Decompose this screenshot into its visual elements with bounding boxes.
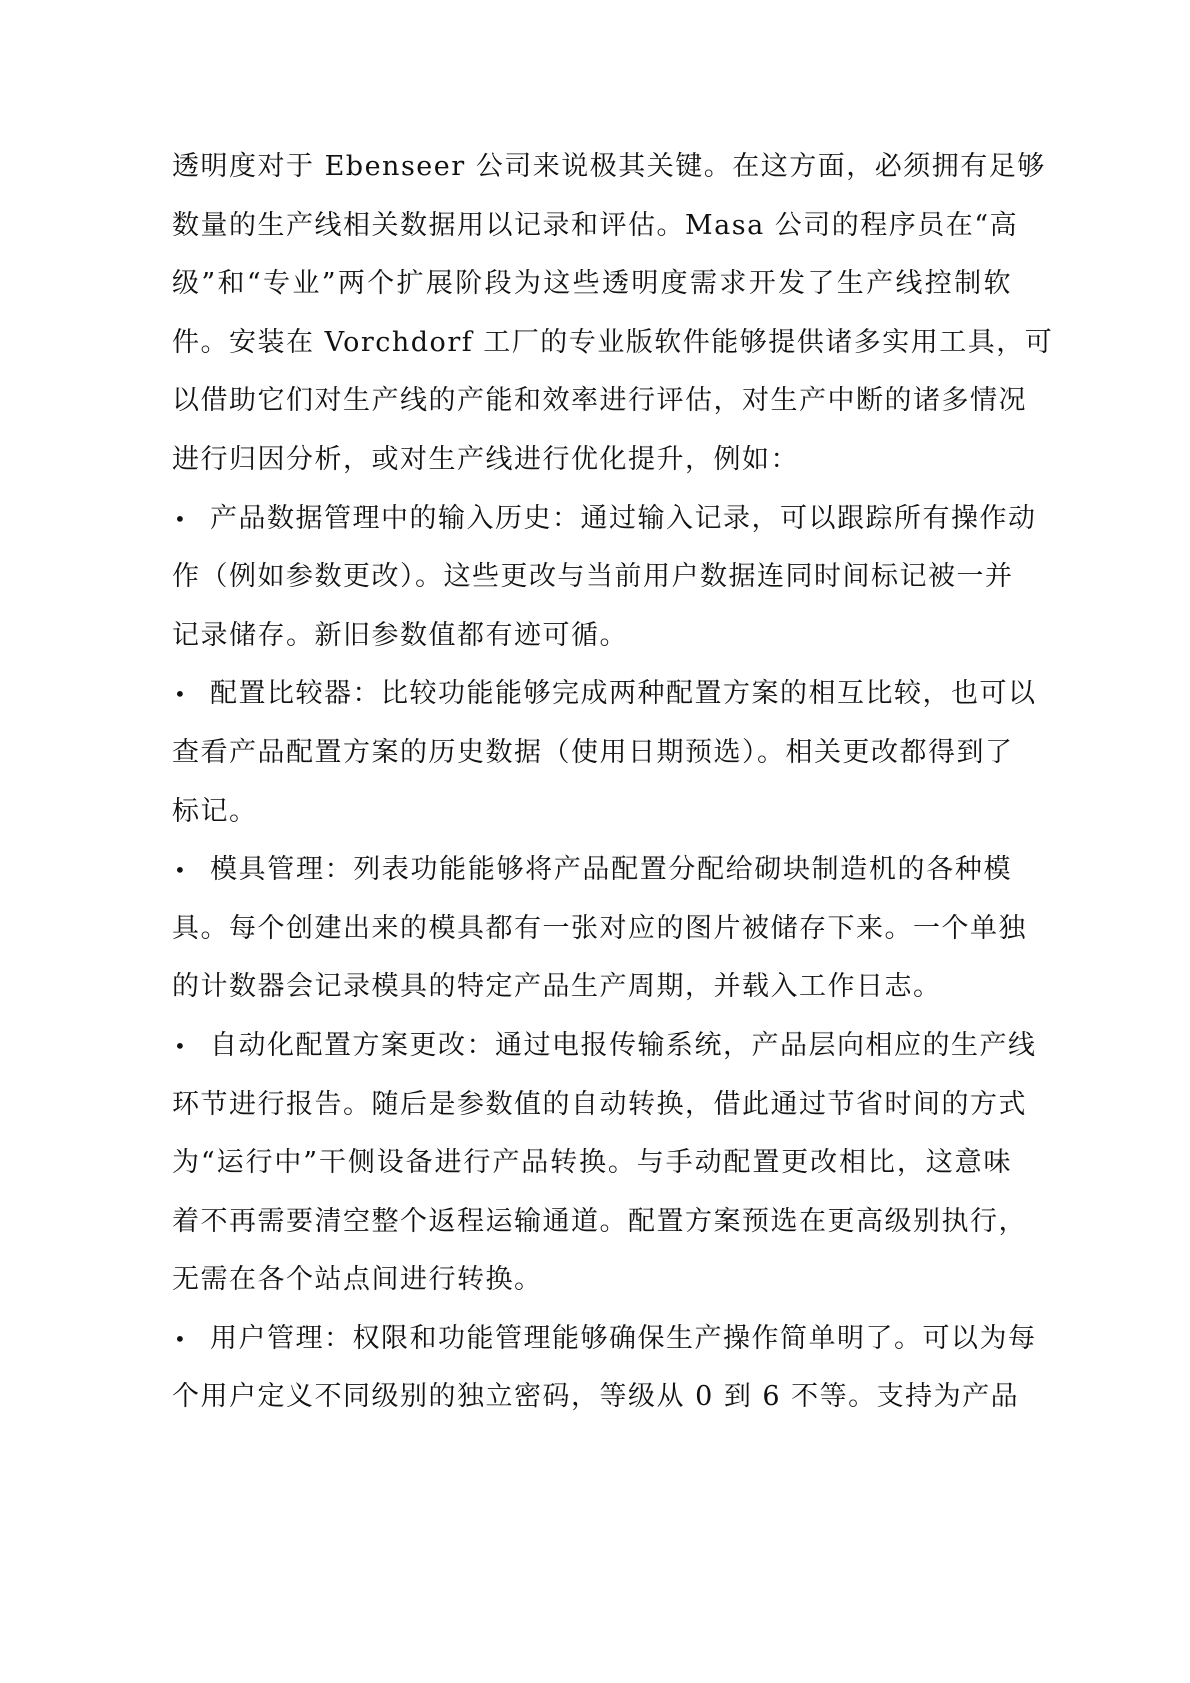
text-line: 环节进行报告。随后是参数值的自动转换，借此通过节省时间的方式 — [172, 1076, 1012, 1135]
bullet-icon: • — [172, 490, 210, 549]
text-line: 件。安装在 Vorchdorf 工厂的专业版软件能够提供诸多实用工具，可 — [172, 314, 1012, 373]
text-line: 无需在各个站点间进行转换。 — [172, 1251, 1012, 1310]
bullet-icon: • — [172, 1310, 210, 1369]
bullet-first-line: 产品数据管理中的输入历史：通过输入记录，可以跟踪所有操作动 — [210, 490, 1037, 549]
bullet-item-input-history: • 产品数据管理中的输入历史：通过输入记录，可以跟踪所有操作动 作（例如参数更改… — [172, 490, 1012, 666]
text-line: 个用户定义不同级别的独立密码，等级从 0 到 6 不等。支持为产品 — [172, 1368, 1012, 1427]
text-line: 以借助它们对生产线的产能和效率进行评估，对生产中断的诸多情况 — [172, 372, 1012, 431]
text-line: 着不再需要清空整个返程运输通道。配置方案预选在更高级别执行， — [172, 1193, 1012, 1252]
bullet-icon: • — [172, 1017, 210, 1076]
text-line: 透明度对于 Ebenseer 公司来说极其关键。在这方面，必须拥有足够 — [172, 138, 1012, 197]
text-line: 级”和“专业”两个扩展阶段为这些透明度需求开发了生产线控制软 — [172, 255, 1012, 314]
intro-paragraph: 透明度对于 Ebenseer 公司来说极其关键。在这方面，必须拥有足够 数量的生… — [172, 138, 1012, 490]
text-line: 数量的生产线相关数据用以记录和评估。Masa 公司的程序员在“高 — [172, 197, 1012, 256]
text-line: 标记。 — [172, 783, 1012, 842]
bullet-first-line: 模具管理：列表功能能够将产品配置分配给砌块制造机的各种模 — [210, 841, 1012, 900]
text-line: 查看产品配置方案的历史数据（使用日期预选）。相关更改都得到了 — [172, 724, 1012, 783]
document-page: 透明度对于 Ebenseer 公司来说极其关键。在这方面，必须拥有足够 数量的生… — [172, 138, 1012, 1427]
bullet-first-line: 配置比较器：比较功能能够完成两种配置方案的相互比较，也可以 — [210, 665, 1037, 724]
text-line: 具。每个创建出来的模具都有一张对应的图片被储存下来。一个单独 — [172, 900, 1012, 959]
bullet-first-line: 自动化配置方案更改：通过电报传输系统，产品层向相应的生产线 — [210, 1017, 1037, 1076]
bullet-item-automated-config-change: • 自动化配置方案更改：通过电报传输系统，产品层向相应的生产线 环节进行报告。随… — [172, 1017, 1012, 1310]
bullet-item-user-management: • 用户管理：权限和功能管理能够确保生产操作简单明了。可以为每 个用户定义不同级… — [172, 1310, 1012, 1427]
text-line: 记录储存。新旧参数值都有迹可循。 — [172, 607, 1012, 666]
text-line: 作（例如参数更改）。这些更改与当前用户数据连同时间标记被一并 — [172, 548, 1012, 607]
bullet-icon: • — [172, 841, 210, 900]
bullet-item-mould-management: • 模具管理：列表功能能够将产品配置分配给砌块制造机的各种模 具。每个创建出来的… — [172, 841, 1012, 1017]
bullet-first-line: 用户管理：权限和功能管理能够确保生产操作简单明了。可以为每 — [210, 1310, 1037, 1369]
text-line: 的计数器会记录模具的特定产品生产周期，并载入工作日志。 — [172, 958, 1012, 1017]
text-line: 为“运行中”干侧设备进行产品转换。与手动配置更改相比，这意味 — [172, 1134, 1012, 1193]
text-line: 进行归因分析，或对生产线进行优化提升，例如： — [172, 431, 1012, 490]
bullet-icon: • — [172, 665, 210, 724]
bullet-item-config-comparator: • 配置比较器：比较功能能够完成两种配置方案的相互比较，也可以 查看产品配置方案… — [172, 665, 1012, 841]
